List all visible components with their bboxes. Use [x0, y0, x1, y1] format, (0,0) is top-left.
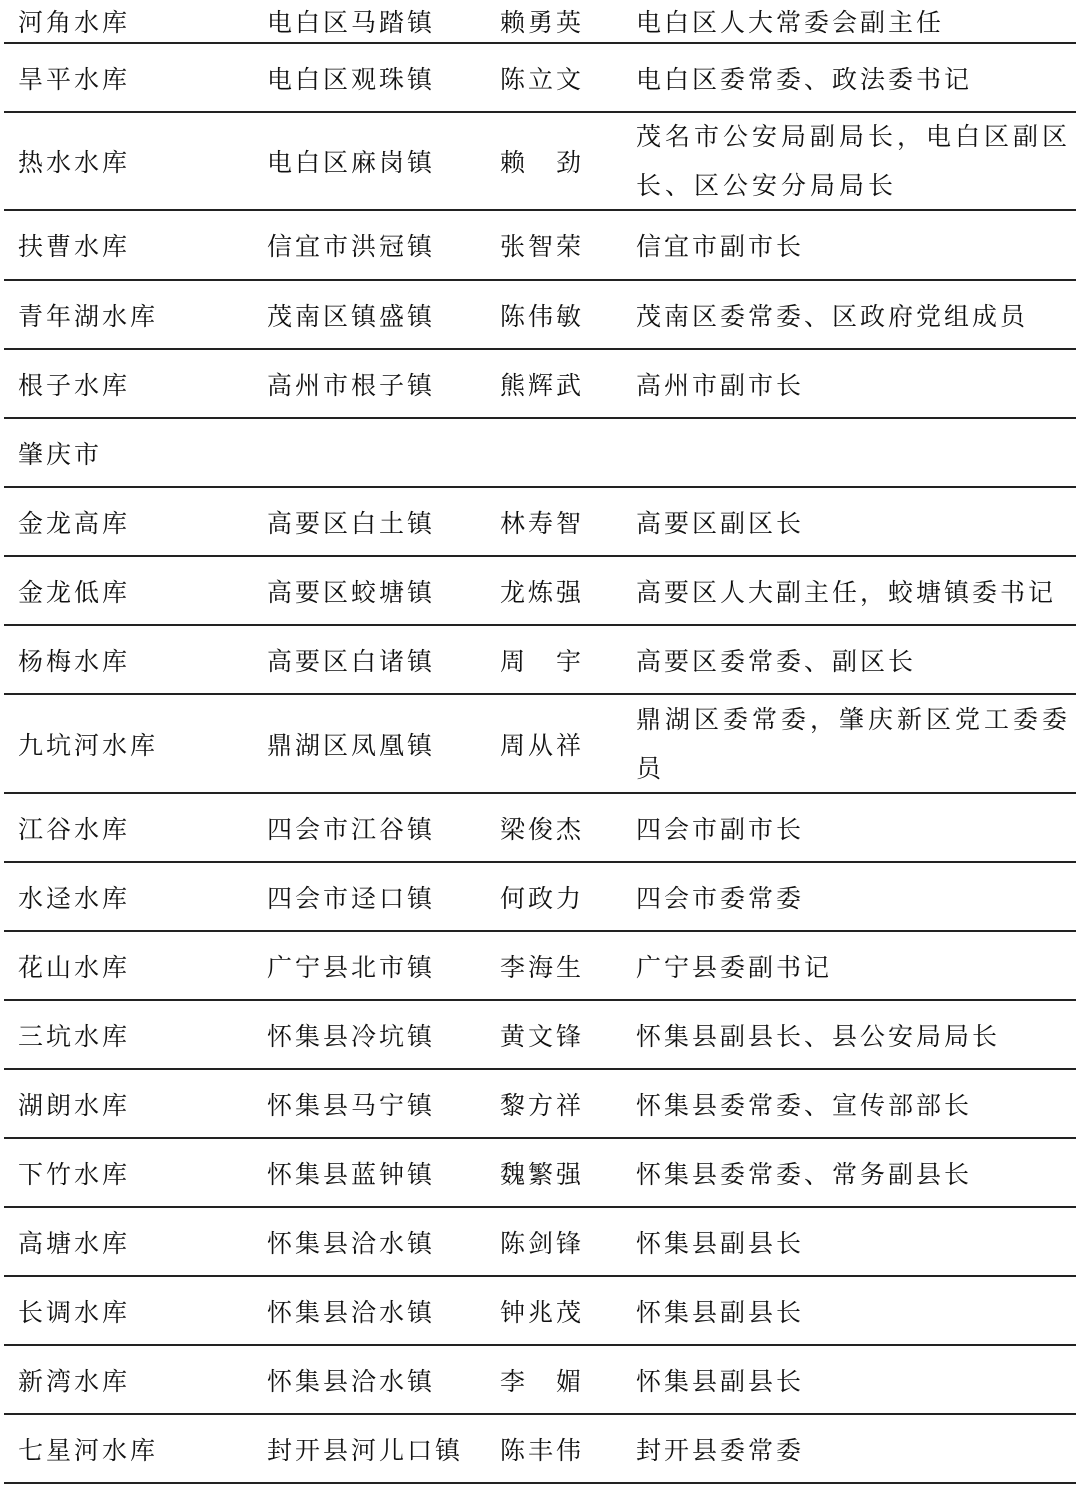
responsible-person-cell: 黄文锋: [500, 1001, 584, 1068]
responsible-person-cell: 周从祥: [500, 695, 584, 792]
location-cell: 怀集县蓝钟镇: [267, 1139, 435, 1206]
position-cell: 信宜市副市长: [636, 211, 804, 279]
reservoir-name-cell: 湖朗水库: [18, 1070, 130, 1137]
position-cell: 茂南区委常委、区政府党组成员: [636, 281, 1028, 348]
responsible-person-cell: 梁俊杰: [500, 794, 584, 861]
location-cell: 怀集县马宁镇: [267, 1070, 435, 1137]
location-cell: 高要区白诸镇: [267, 626, 435, 693]
table-row: 江谷水库四会市江谷镇梁俊杰四会市副市长: [4, 794, 1076, 863]
responsible-person-cell: 周 宇: [500, 626, 584, 693]
table-row: 七星河水库封开县河儿口镇陈丰伟封开县委常委: [4, 1415, 1076, 1484]
table-row: 长调水库怀集县洽水镇钟兆茂怀集县副县长: [4, 1277, 1076, 1346]
responsible-person-cell: 赖勇英: [500, 0, 584, 42]
table-row: 水迳水库四会市迳口镇何政力四会市委常委: [4, 863, 1076, 932]
reservoir-name-cell: 热水水库: [18, 113, 130, 209]
position-cell: 怀集县委常委、常务副县长: [636, 1139, 972, 1206]
responsible-person-cell: 林寿智: [500, 488, 584, 555]
reservoir-name-cell: 杨梅水库: [18, 626, 130, 693]
location-cell: 信宜市洪冠镇: [267, 211, 435, 279]
position-cell: 怀集县副县长: [636, 1208, 804, 1275]
table-row: 新湾水库怀集县洽水镇李 媚怀集县副县长: [4, 1346, 1076, 1415]
responsible-person-cell: 魏繁强: [500, 1139, 584, 1206]
position-cell: 茂名市公安局副局长，电白区副区长、区公安分局局长: [636, 113, 1072, 209]
reservoir-name-cell: 金龙低库: [18, 557, 130, 624]
position-cell: 四会市委常委: [636, 863, 804, 930]
table-row: 青年湖水库茂南区镇盛镇陈伟敏茂南区委常委、区政府党组成员: [4, 281, 1076, 350]
position-cell: 广宁县委副书记: [636, 932, 832, 999]
table-row: 扶曹水库信宜市洪冠镇张智荣信宜市副市长: [4, 211, 1076, 281]
responsible-person-cell: 陈立文: [500, 44, 584, 111]
location-cell: 电白区马踏镇: [267, 0, 435, 42]
location-cell: 四会市迳口镇: [267, 863, 435, 930]
location-cell: 高要区蛟塘镇: [267, 557, 435, 624]
reservoir-name-cell: 河角水库: [18, 0, 130, 42]
section-city-label: 肇庆市: [18, 419, 102, 486]
location-cell: 高州市根子镇: [267, 350, 435, 417]
table-row: 三坑水库怀集县冷坑镇黄文锋怀集县副县长、县公安局局长: [4, 1001, 1076, 1070]
position-cell: 四会市副市长: [636, 794, 804, 861]
table-row: 湖朗水库怀集县马宁镇黎方祥怀集县委常委、宣传部部长: [4, 1070, 1076, 1139]
reservoir-name-cell: 七星河水库: [18, 1415, 158, 1482]
reservoir-name-cell: 扶曹水库: [18, 211, 130, 279]
responsible-person-cell: 李海生: [500, 932, 584, 999]
reservoir-name-cell: 根子水库: [18, 350, 130, 417]
table-row: 根子水库高州市根子镇熊辉武高州市副市长: [4, 350, 1076, 419]
table-row: 杨梅水库高要区白诸镇周 宇高要区委常委、副区长: [4, 626, 1076, 695]
reservoir-name-cell: 江谷水库: [18, 794, 130, 861]
table-row: 九坑河水库鼎湖区凤凰镇周从祥鼎湖区委常委，肇庆新区党工委委员: [4, 695, 1076, 794]
reservoir-name-cell: 三坑水库: [18, 1001, 130, 1068]
location-cell: 怀集县冷坑镇: [267, 1001, 435, 1068]
location-cell: 鼎湖区凤凰镇: [267, 695, 435, 792]
position-cell: 电白区人大常委会副主任: [636, 0, 944, 42]
responsible-person-cell: 张智荣: [500, 211, 584, 279]
reservoir-name-cell: 青年湖水库: [18, 281, 158, 348]
location-cell: 怀集县洽水镇: [267, 1346, 435, 1413]
responsible-person-cell: 钟兆茂: [500, 1277, 584, 1344]
position-cell: 怀集县副县长: [636, 1277, 804, 1344]
position-cell: 高要区委常委、副区长: [636, 626, 916, 693]
table-row: 花山水库广宁县北市镇李海生广宁县委副书记: [4, 932, 1076, 1001]
responsible-person-cell: 黎方祥: [500, 1070, 584, 1137]
reservoir-responsibility-table: 河角水库电白区马踏镇赖勇英电白区人大常委会副主任旱平水库电白区观珠镇陈立文电白区…: [4, 0, 1076, 1484]
position-cell: 怀集县副县长、县公安局局长: [636, 1001, 1000, 1068]
table-row: 高塘水库怀集县洽水镇陈剑锋怀集县副县长: [4, 1208, 1076, 1277]
position-cell: 高要区副区长: [636, 488, 804, 555]
responsible-person-cell: 陈伟敏: [500, 281, 584, 348]
position-cell: 怀集县副县长: [636, 1346, 804, 1413]
reservoir-name-cell: 旱平水库: [18, 44, 130, 111]
table-row: 金龙低库高要区蛟塘镇龙炼强高要区人大副主任，蛟塘镇委书记: [4, 557, 1076, 626]
reservoir-name-cell: 新湾水库: [18, 1346, 130, 1413]
table-row: 下竹水库怀集县蓝钟镇魏繁强怀集县委常委、常务副县长: [4, 1139, 1076, 1208]
responsible-person-cell: 陈剑锋: [500, 1208, 584, 1275]
reservoir-name-cell: 长调水库: [18, 1277, 130, 1344]
location-cell: 高要区白土镇: [267, 488, 435, 555]
table-row: 河角水库电白区马踏镇赖勇英电白区人大常委会副主任: [4, 0, 1076, 44]
reservoir-name-cell: 金龙高库: [18, 488, 130, 555]
reservoir-name-cell: 水迳水库: [18, 863, 130, 930]
position-cell: 怀集县委常委、宣传部部长: [636, 1070, 972, 1137]
reservoir-name-cell: 花山水库: [18, 932, 130, 999]
location-cell: 广宁县北市镇: [267, 932, 435, 999]
position-cell: 鼎湖区委常委，肇庆新区党工委委员: [636, 695, 1072, 792]
location-cell: 电白区观珠镇: [267, 44, 435, 111]
section-header-row: 肇庆市: [4, 419, 1076, 488]
position-cell: 高州市副市长: [636, 350, 804, 417]
table-row: 热水水库电白区麻岗镇赖 劲茂名市公安局副局长，电白区副区长、区公安分局局长: [4, 113, 1076, 211]
location-cell: 茂南区镇盛镇: [267, 281, 435, 348]
table-row: 旱平水库电白区观珠镇陈立文电白区委常委、政法委书记: [4, 44, 1076, 113]
position-cell: 电白区委常委、政法委书记: [636, 44, 972, 111]
location-cell: 怀集县洽水镇: [267, 1277, 435, 1344]
position-cell: 封开县委常委: [636, 1415, 804, 1482]
table-row: 金龙高库高要区白土镇林寿智高要区副区长: [4, 488, 1076, 557]
location-cell: 怀集县洽水镇: [267, 1208, 435, 1275]
reservoir-name-cell: 高塘水库: [18, 1208, 130, 1275]
responsible-person-cell: 陈丰伟: [500, 1415, 584, 1482]
responsible-person-cell: 龙炼强: [500, 557, 584, 624]
responsible-person-cell: 何政力: [500, 863, 584, 930]
responsible-person-cell: 李 媚: [500, 1346, 584, 1413]
responsible-person-cell: 赖 劲: [500, 113, 584, 209]
location-cell: 封开县河儿口镇: [267, 1415, 463, 1482]
position-cell: 高要区人大副主任，蛟塘镇委书记: [636, 557, 1056, 624]
reservoir-name-cell: 下竹水库: [18, 1139, 130, 1206]
location-cell: 电白区麻岗镇: [267, 113, 435, 209]
location-cell: 四会市江谷镇: [267, 794, 435, 861]
reservoir-name-cell: 九坑河水库: [18, 695, 158, 792]
responsible-person-cell: 熊辉武: [500, 350, 584, 417]
